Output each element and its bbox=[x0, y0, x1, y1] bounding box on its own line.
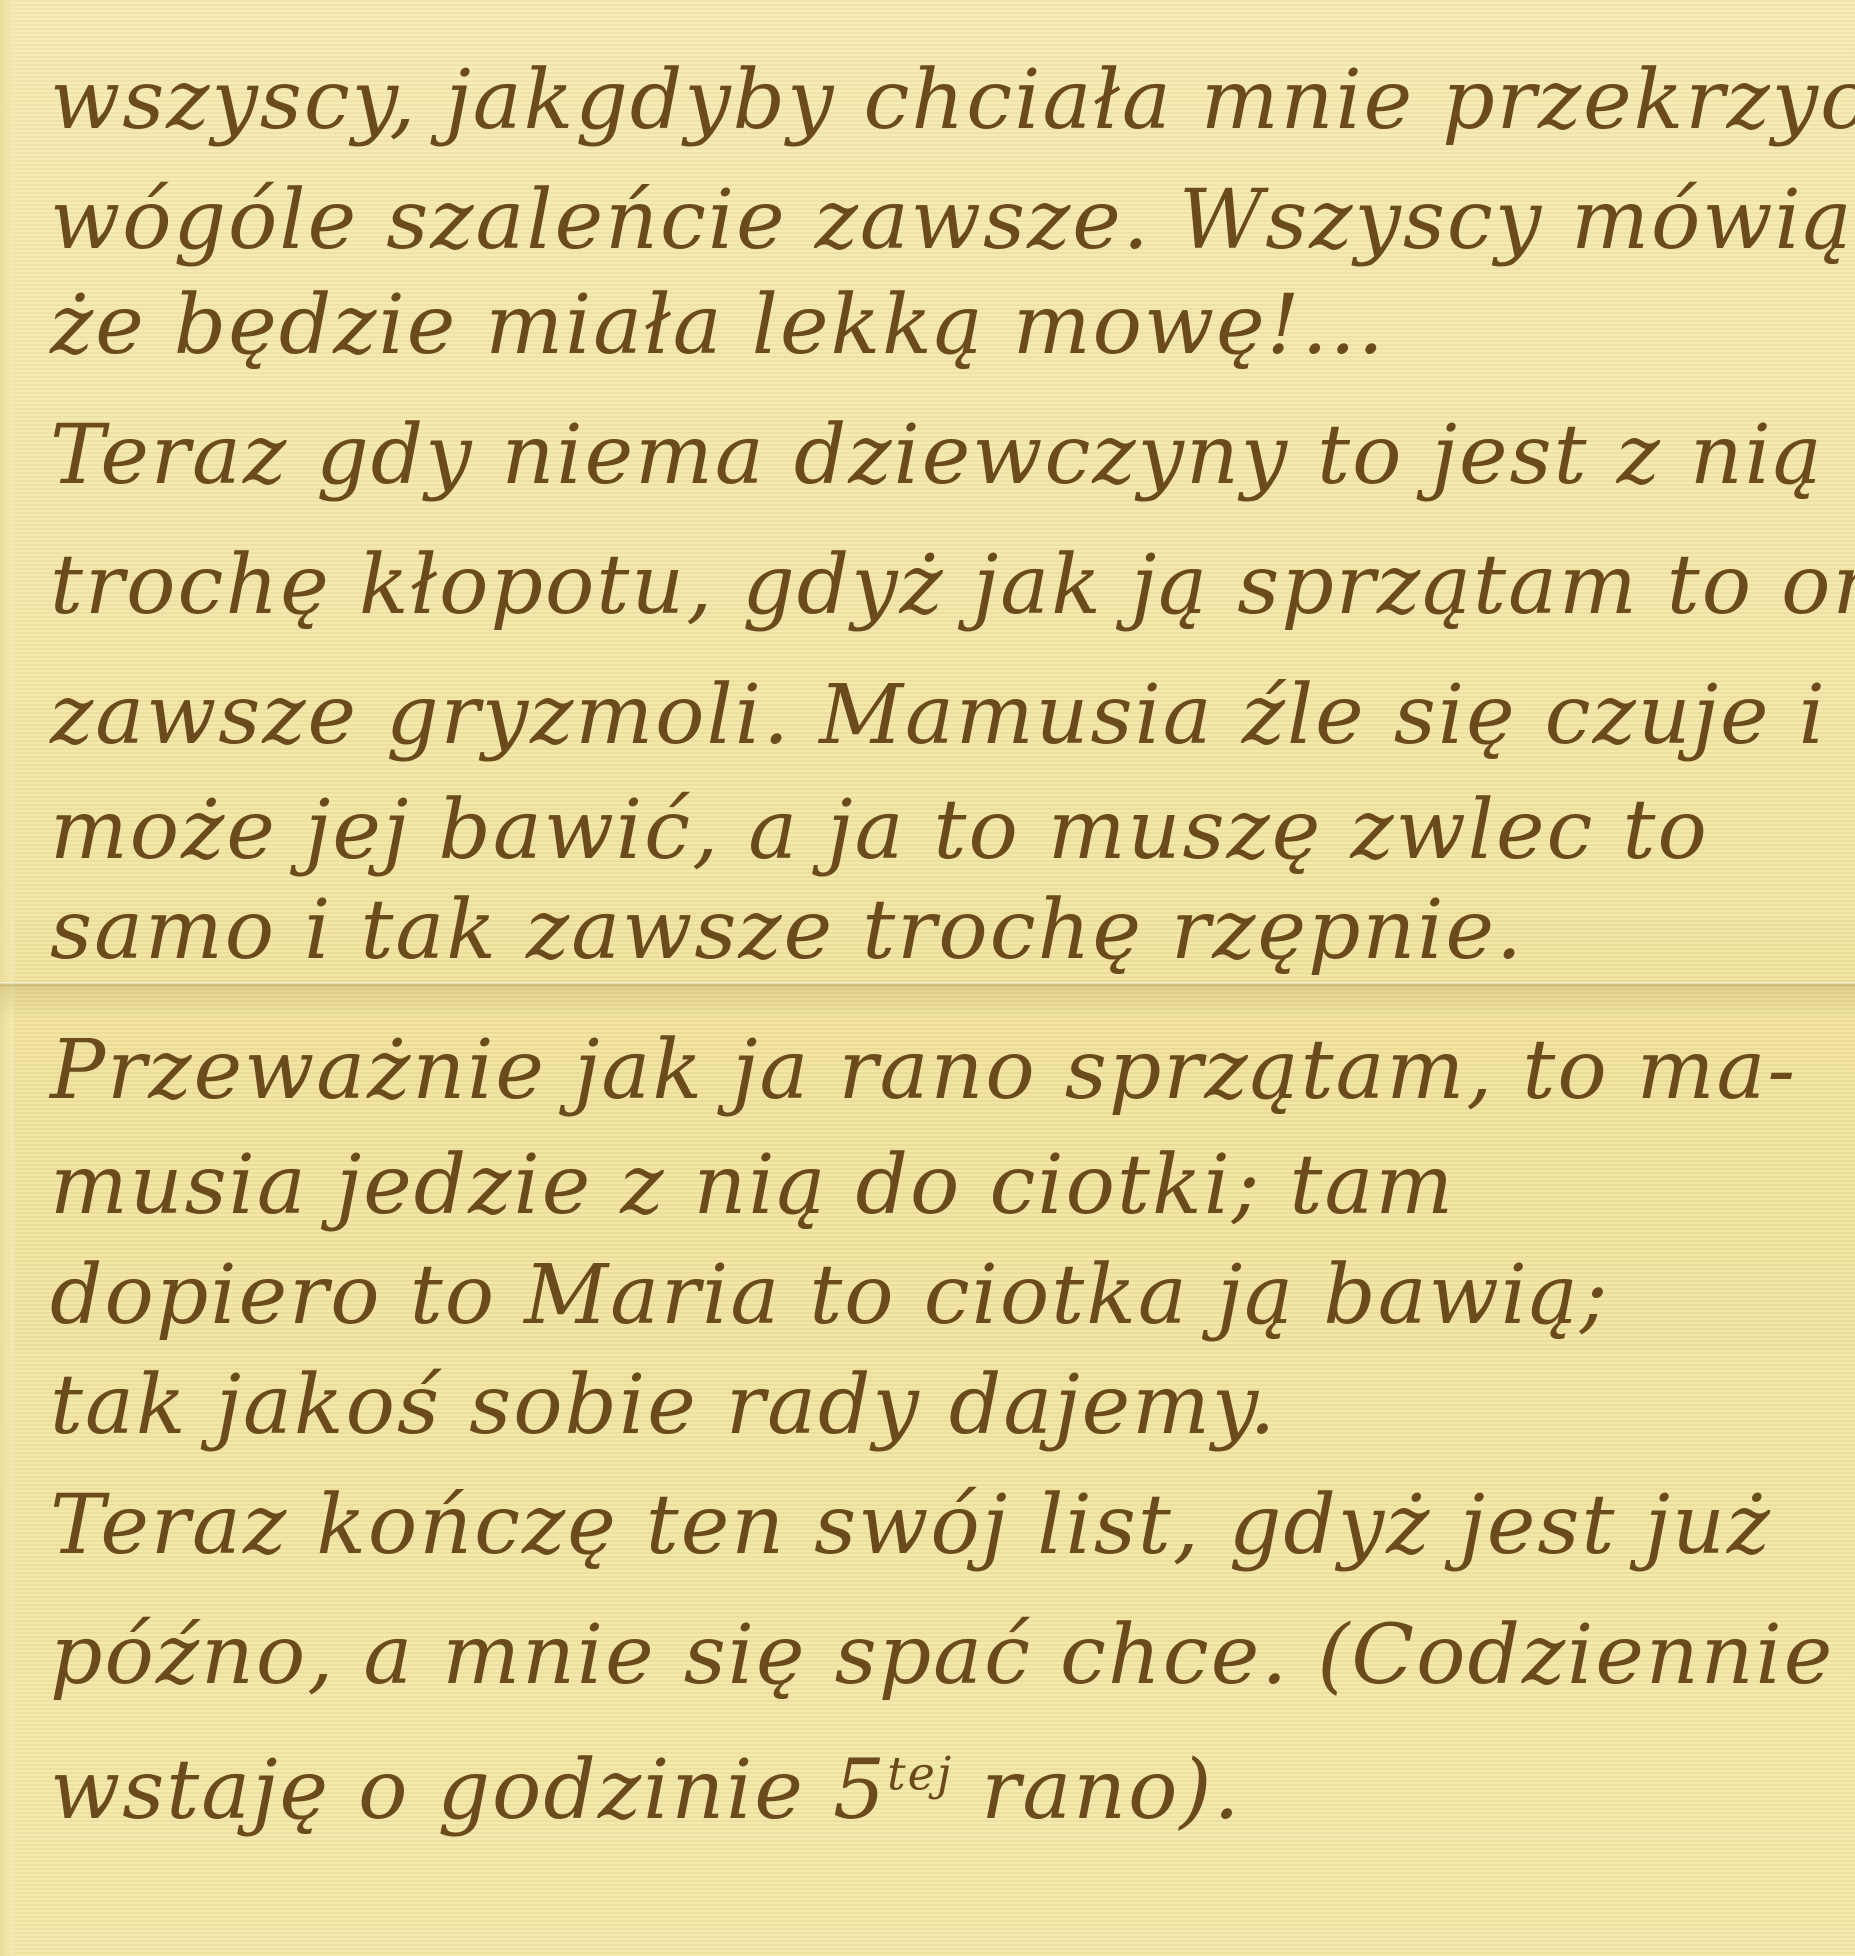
text-line-4: Teraz gdy niema dziewczyny to jest z nią bbox=[50, 415, 1824, 497]
text-line-9: Przeważnie jak ja rano sprzątam, to ma- bbox=[50, 1030, 1797, 1112]
text-line-8: samo i tak zawsze trochę rzępnie. bbox=[50, 890, 1524, 972]
superscript-tej: tej bbox=[887, 1747, 953, 1801]
letter-page: wszyscy, jakgdyby chciała mnie przekrzyc… bbox=[0, 0, 1855, 1956]
text-line-13: Teraz kończę ten swój list, gdyż jest ju… bbox=[50, 1485, 1772, 1567]
text-line-11: dopiero to Maria to ciotka ją bawią; bbox=[50, 1255, 1610, 1337]
text-line-1: wszyscy, jakgdyby chciała mnie przekrzyc… bbox=[50, 60, 1855, 142]
text-line-3: że będzie miała lekką mowę!... bbox=[50, 285, 1386, 367]
text-line-5: trochę kłopotu, gdyż jak ją sprzątam to … bbox=[50, 545, 1855, 627]
text-line-2: wógóle szaleńcie zawsze. Wszyscy mówią, bbox=[50, 180, 1855, 262]
text-line-7: może jej bawić, a ja to muszę zwlec to bbox=[50, 790, 1709, 872]
text-line-14: późno, a mnie się spać chce. (Codziennie bbox=[50, 1615, 1834, 1697]
text-line-10: musia jedzie z nią do ciotki; tam bbox=[50, 1145, 1455, 1227]
text-line-15: wstaję o godzinie 5tej rano). bbox=[50, 1750, 1242, 1832]
text-line-6: zawsze gryzmoli. Mamusia źle się czuje i… bbox=[50, 675, 1855, 757]
text-line-12: tak jakoś sobie rady dajemy. bbox=[50, 1365, 1277, 1447]
paper-fold-shadow bbox=[0, 988, 1855, 1018]
text-line-15-main: wstaję o godzinie 5 bbox=[50, 1743, 887, 1838]
paper-left-edge bbox=[0, 0, 14, 1956]
text-line-15-end: rano). bbox=[981, 1743, 1241, 1838]
